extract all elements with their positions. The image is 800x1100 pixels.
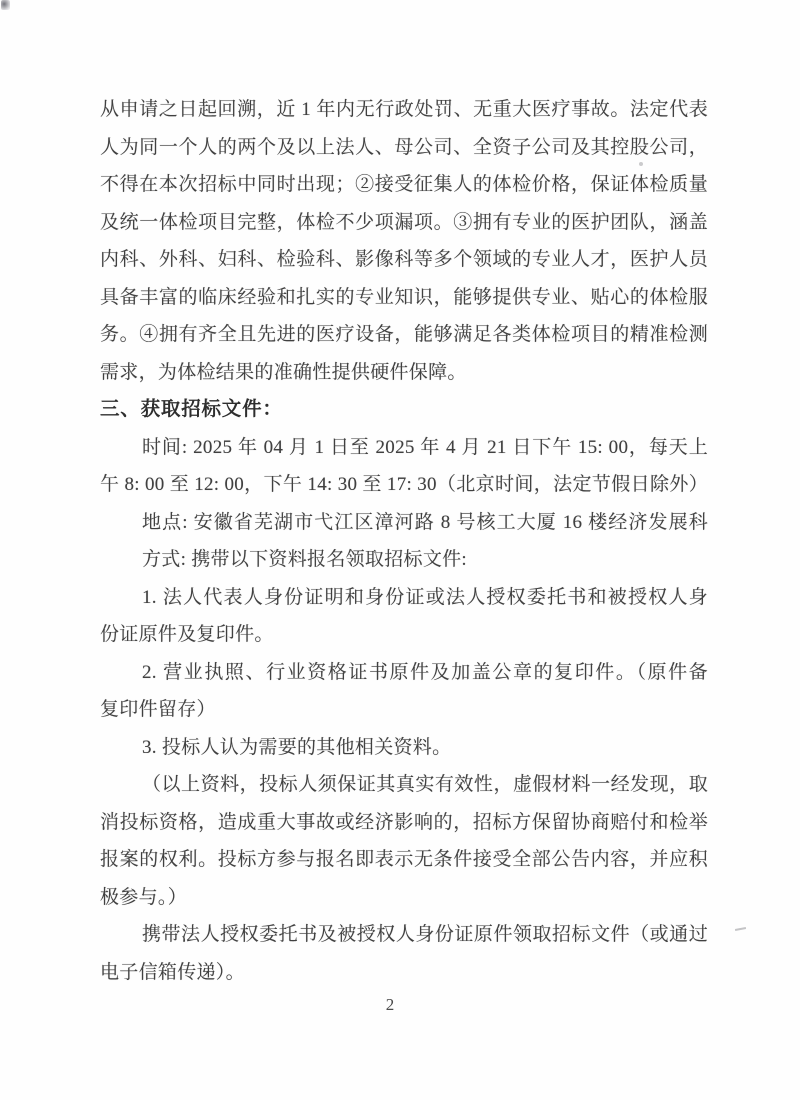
text-line: 消投标资格，造成重大事故或经济影响的，招标方保留协商赔付和检举 <box>100 804 708 842</box>
text-line: 电子信箱传递）。 <box>100 954 708 992</box>
text-line: 报案的权利。投标方参与报名即表示无条件接受全部公告内容，并应积 <box>100 841 708 879</box>
text-line: 及统一体检项目完整，体检不少项漏项。③拥有专业的医护团队，涵盖 <box>100 204 708 242</box>
paragraph: 方式: 携带以下资料报名领取招标文件: <box>100 541 708 579</box>
text-line: 内科、外科、妇科、检验科、影像科等多个领域的专业人才，医护人员 <box>100 241 708 279</box>
paragraph: 时间: 2025 年 04 月 1 日至 2025 年 4 月 21 日下午 1… <box>100 429 708 504</box>
page-number: 2 <box>0 995 780 1015</box>
paragraph: 1. 法人代表人身份证明和身份证或法人授权委托书和被授权人身份证原件及复印件。 <box>100 579 708 654</box>
paragraph: 从申请之日起回溯，近 1 年内无行政处罚、无重大医疗事故。法定代表人为同一个人的… <box>100 91 708 391</box>
text-line: 具备丰富的临床经验和扎实的专业知识，能够提供专业、贴心的体检服 <box>100 279 708 317</box>
text-line: （以上资料，投标人须保证其真实有效性，虚假材料一经发现，取 <box>100 766 708 804</box>
text-line: 从申请之日起回溯，近 1 年内无行政处罚、无重大医疗事故。法定代表 <box>100 91 708 129</box>
section-heading: 三、获取招标文件： <box>100 391 708 429</box>
text-line: 复印件留存） <box>100 691 708 729</box>
text-line: 2. 营业执照、行业资格证书原件及加盖公章的复印件。（原件备查， <box>100 654 708 692</box>
text-line: 需求，为体检结果的准确性提供硬件保障。 <box>100 354 708 392</box>
text-line: 不得在本次招标中同时出现；②接受征集人的体检价格，保证体检质量 <box>100 166 708 204</box>
text-line: 地点: 安徽省芜湖市弋江区漳河路 8 号核工大厦 16 楼经济发展科 <box>100 504 708 542</box>
text-line: 携带法人授权委托书及被授权人身份证原件领取招标文件（或通过 <box>100 916 708 954</box>
document-page: 从申请之日起回溯，近 1 年内无行政处罚、无重大医疗事故。法定代表人为同一个人的… <box>0 0 800 1100</box>
text-line: 份证原件及复印件。 <box>100 616 708 654</box>
paragraph: （以上资料，投标人须保证其真实有效性，虚假材料一经发现，取消投标资格，造成重大事… <box>100 766 708 916</box>
text-line: 方式: 携带以下资料报名领取招标文件: <box>100 541 708 579</box>
paragraph: 携带法人授权委托书及被授权人身份证原件领取招标文件（或通过电子信箱传递）。 <box>100 916 708 991</box>
text-line: 三、获取招标文件： <box>100 391 708 429</box>
text-line: 午 8: 00 至 12: 00，下午 14: 30 至 17: 30（北京时间… <box>100 466 708 504</box>
paragraph: 地点: 安徽省芜湖市弋江区漳河路 8 号核工大厦 16 楼经济发展科 <box>100 504 708 542</box>
text-line: 3. 投标人认为需要的其他相关资料。 <box>100 729 708 767</box>
scan-speck-dash <box>735 927 746 931</box>
text-line: 极参与。） <box>100 879 708 917</box>
paragraph: 3. 投标人认为需要的其他相关资料。 <box>100 729 708 767</box>
text-line: 人为同一个人的两个及以上法人、母公司、全资子公司及其控股公司， <box>100 129 708 167</box>
text-line: 时间: 2025 年 04 月 1 日至 2025 年 4 月 21 日下午 1… <box>100 429 708 467</box>
paragraph: 2. 营业执照、行业资格证书原件及加盖公章的复印件。（原件备查，复印件留存） <box>100 654 708 729</box>
document-body: 从申请之日起回溯，近 1 年内无行政处罚、无重大医疗事故。法定代表人为同一个人的… <box>100 91 708 991</box>
scan-smudge-corner <box>1 0 10 10</box>
text-line: 1. 法人代表人身份证明和身份证或法人授权委托书和被授权人身 <box>100 579 708 617</box>
text-line: 务。④拥有齐全且先进的医疗设备，能够满足各类体检项目的精准检测 <box>100 316 708 354</box>
